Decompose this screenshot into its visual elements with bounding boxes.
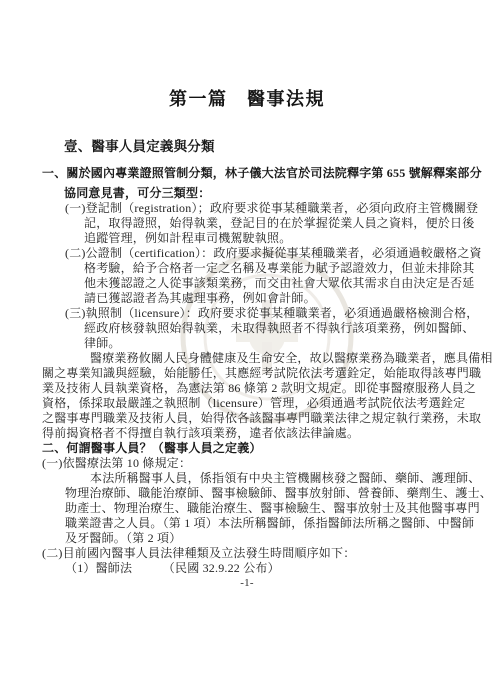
document-body: 壹、醫事人員定義與分類一、關於國內專業證照管制分類，林子儀大法官於司法院釋字第 … [0, 138, 494, 576]
text-line-para-indent: 醫療業務攸關人民身體健康及生命安全，故以醫療業務為職業者，應具備相 [0, 351, 494, 366]
text-line-sub-item-cont: 記，取得證照，始得執業，登記目的在於掌握從業人員之資料，便於日後 [0, 216, 494, 231]
text-line-law-entry: （1）醫師法 （民國 32.9.22 公布） [0, 561, 494, 576]
document-content: 第一篇 醫事法規 壹、醫事人員定義與分類一、關於國內專業證照管制分類，林子儀大法… [0, 86, 494, 591]
text-line-para-flush: 關之專業知識與經驗，始能勝任，其應經考試院依法考選銓定，始能取得該專門職 [0, 366, 494, 381]
text-line-item-cont: 協同意見書，可分三類型： [0, 186, 494, 201]
text-line-sub-item-cont: 追蹤管理，例如計程車司機駕駛執照。 [0, 231, 494, 246]
text-line-sub-para-cont: 職業證書之人員。（第 1 項）本法所稱醫師，係指醫師法所稱之醫師、中醫師 [0, 516, 494, 531]
text-line-item-first: 一、關於國內專業證照管制分類，林子儀大法官於司法院釋字第 655 號解釋案部分 [0, 166, 494, 181]
text-line-para-flush: 得前揭資格者不得擅自執行該項業務，違者依該法律論處。 [0, 426, 494, 441]
text-line-sub-para-first: 本法所稱醫事人員，係指領有中央主管機關核發之醫師、藥師、護理師、 [0, 471, 494, 486]
text-line-part-heading: 壹、醫事人員定義與分類 [0, 138, 494, 156]
text-line-sub-item: (一)登記制（registration）；政府要求從事某種職業者，必須向政府主管… [0, 201, 494, 216]
text-line-para-flush: 資格，係採取最嚴謹之執照制（licensure）管理，必須通過考試院依法考選銓定 [0, 396, 494, 411]
text-line-sub-item-cont: 他未獲認證之人從事該類業務，而交由社會大眾依其需求自由決定是否延 [0, 276, 494, 291]
document-title: 第一篇 醫事法規 [0, 86, 494, 112]
text-line-item-bold: 二、何謂醫事人員？（醫事人員之定義） [0, 441, 494, 456]
page-number: -1- [0, 576, 494, 591]
text-line-sub-para-cont: 助產士、物理治療生、職能治療生、醫事檢驗生、醫事放射士及其他醫事專門 [0, 501, 494, 516]
text-line-sub-item-cont: 經政府核發執照始得執業，未取得執照者不得執行該項業務，例如醫師、 [0, 321, 494, 336]
text-line-sub-item: (二)公證制（certification）：政府要求擬從事某種職業者，必須通過較… [0, 246, 494, 261]
document-page: 第一篇 醫事法規 壹、醫事人員定義與分類一、關於國內專業證照管制分類，林子儀大法… [0, 0, 494, 700]
text-line-sub-item-cont: 律師。 [0, 336, 494, 351]
text-line-sub-para-cont: 及牙醫師。（第 2 項） [0, 531, 494, 546]
text-line-para-flush: (二)目前國內醫事人員法律種類及立法發生時間順序如下： [0, 546, 494, 561]
text-line-sub-item-cont: 格考驗，給予合格者一定之名稱及專業能力賦予認證效力，但並未排除其 [0, 261, 494, 276]
text-line-sub-para-cont: 物理治療師、職能治療師、醫事檢驗師、醫事放射師、營養師、藥劑生、護士、 [0, 486, 494, 501]
text-line-sub-item: (三)執照制（licensure）：政府要求從事某種職業者，必須通過嚴格檢測合格… [0, 306, 494, 321]
text-line-para-flush: 業及技術人員執業資格，為憲法第 86 條第 2 款明文規定。即從事醫療服務人員之 [0, 381, 494, 396]
text-line-para-flush: 之醫事專門職業及技術人員，始得依各該醫事專門職業法律之規定執行業務，未取 [0, 411, 494, 426]
text-line-sub-item-cont: 請已獲認證者為其處理事務，例如會計師。 [0, 291, 494, 306]
text-line-para-flush: (一)依醫療法第 10 條規定： [0, 456, 494, 471]
